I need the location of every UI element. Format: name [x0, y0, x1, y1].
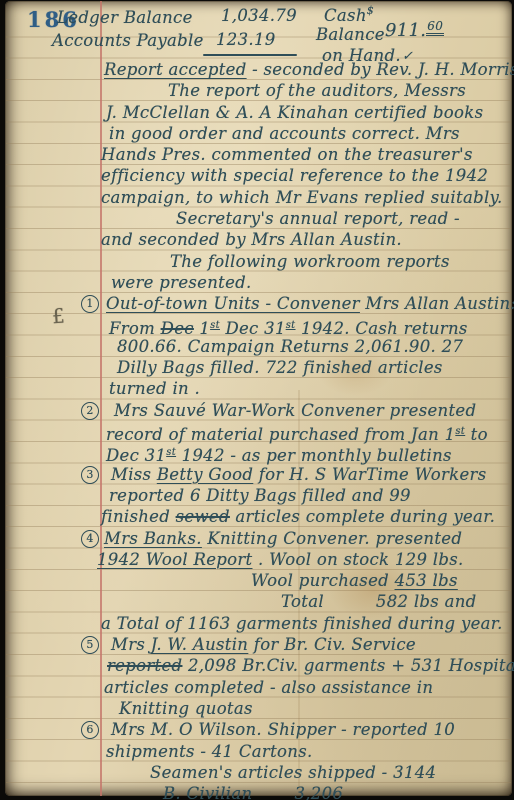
cash-word: Cash$ [324, 4, 374, 25]
manuscript-line: The following workroom reports [0, 251, 510, 272]
text-run: for H. S WarTime Workers [253, 465, 486, 484]
text-run: 582 lbs and [376, 592, 477, 611]
manuscript-line: 800.66. Campaign Returns 2,061.90. 27 [0, 336, 510, 357]
text-run: record of material purchased from Jan 1 [106, 425, 455, 444]
text-run: st [210, 320, 220, 331]
text-run: finished [101, 507, 176, 526]
text-run: Mrs Banks. [104, 529, 202, 548]
text-run: Dec 31 [106, 446, 166, 465]
manuscript-line: Seamen's articles shipped - 3144 [0, 762, 510, 783]
cash-cents: 60 [426, 19, 444, 36]
item-number-badge: 6 [81, 721, 99, 739]
cash-label: Cash [324, 6, 367, 25]
text-run: to [465, 425, 488, 444]
text-run: Miss [111, 465, 157, 484]
item-number-badge: 4 [81, 530, 99, 548]
manuscript-line: Report accepted - seconded by Rev. J. H.… [0, 59, 510, 80]
photo-frame: 186 Ledger Balance 1,034.79 Accounts Pay… [0, 0, 514, 800]
text-run: The report of the auditors, Messrs [168, 81, 466, 100]
cash-dollars: 911. [385, 20, 426, 41]
item-number-badge: 3 [81, 466, 99, 484]
text-run: From [109, 319, 161, 338]
manuscript-line: reported 2,098 Br.Civ. garments + 531 Ho… [0, 655, 510, 676]
manuscript-line: Hands Pres. commented on the treasurer's [0, 144, 510, 165]
manuscript-line: 1Out-of-town Units - Convener Mrs Allan … [0, 293, 510, 314]
text-run: J. McClellan & A. A Kinahan certified bo… [106, 103, 483, 122]
text-run: st [455, 426, 465, 437]
text-run: J. W. Austin [151, 635, 249, 654]
manuscript-line: B. Civilian3,206 [0, 783, 510, 800]
text-run: st [166, 447, 176, 458]
text-run: 2,098 Br.Civ. garments + 531 Hospital [182, 656, 514, 675]
text-run: Mrs [111, 635, 151, 654]
text-run: Wool purchased [251, 571, 395, 590]
text-run: The following workroom reports [170, 252, 450, 271]
text-run: were presented. [111, 273, 252, 292]
text-run: 1942. Cash returns [296, 319, 468, 338]
text-run: shipments - 41 Cartons. [106, 742, 313, 761]
manuscript-line: a Total of 1163 garments finished during… [0, 613, 510, 634]
text-run: Betty Good [157, 465, 253, 484]
text-run: Knitting Convener. presented [202, 529, 462, 548]
text-run: B. Civilian [163, 784, 252, 800]
manuscript-line: Secretary's annual report, read - [0, 208, 510, 229]
text-run: Mrs Allan Austin: [360, 294, 514, 313]
text-run: 1 [194, 319, 210, 338]
text-run: Dilly Bags filled. 722 finished articles [117, 358, 443, 377]
text-run: Knitting quotas [119, 699, 253, 718]
text-run: reported 6 Ditty Bags filled and 99 [109, 486, 411, 505]
manuscript-line: J. McClellan & A. A Kinahan certified bo… [0, 102, 510, 123]
dollar-sign: $ [367, 4, 374, 17]
text-run: Mrs M. O Wilson. Shipper - reported 10 [111, 720, 455, 739]
text-run: Out-of-town Units - Convener [106, 294, 360, 313]
ledger-balance-value: 1,034.79 [221, 6, 297, 25]
manuscript-line: 1942 Wool Report . Wool on stock 129 lbs… [0, 549, 510, 570]
manuscript-line: The report of the auditors, Messrs [0, 80, 510, 101]
manuscript-line: 5Mrs J. W. Austin for Br. Civ. Service [0, 634, 510, 655]
manuscript-line: 2Mrs Sauvé War-Work Convener presented [0, 400, 510, 421]
text-run: 1942 Wool Report [97, 550, 252, 569]
body-lines: Report accepted - seconded by Rev. J. H.… [0, 59, 510, 800]
text-run: articles complete during year. [230, 507, 495, 526]
item-number-badge: 2 [81, 402, 99, 420]
text-run: 800.66. Campaign Returns 2,061.90. 27 [117, 337, 463, 356]
text-run: Total [281, 592, 324, 611]
ledger-balance-label: Ledger Balance [57, 8, 193, 27]
text-run: Dec 31 [220, 319, 286, 338]
manuscript-line: and seconded by Mrs Allan Austin. [0, 229, 510, 250]
text-run: for Br. Civ. Service [248, 635, 416, 654]
manuscript-line: turned in . [0, 378, 510, 399]
text-run: . Wool on stock 129 lbs. [252, 550, 463, 569]
text-run: campaign, to which Mr Evans replied suit… [101, 188, 503, 207]
manuscript-line: Dilly Bags filled. 722 finished articles [0, 357, 510, 378]
balance-word: Balance [316, 25, 385, 44]
text-run: efficiency with special reference to the… [101, 166, 488, 185]
text-run: Secretary's annual report, read - [176, 209, 460, 228]
text-run: st [286, 320, 296, 331]
sum-rule [203, 54, 297, 56]
manuscript-line: finished sewed articles complete during … [0, 506, 510, 527]
text-run: turned in . [109, 379, 200, 398]
manuscript-line: 6Mrs M. O Wilson. Shipper - reported 10 [0, 719, 510, 740]
manuscript-line: Dec 31st 1942 - as per monthly bulletins [0, 442, 510, 463]
text-run: Report accepted [104, 60, 247, 79]
text-run: sewed [176, 507, 230, 526]
text-run: Mrs Sauvé War-Work Convener presented [114, 401, 476, 420]
manuscript-line: 4Mrs Banks. Knitting Convener. presented [0, 528, 510, 549]
text-run: - seconded by Rev. J. H. Morris. [247, 60, 514, 79]
item-number-badge: 5 [81, 636, 99, 654]
text-run: Hands Pres. commented on the treasurer's [101, 145, 473, 164]
manuscript-line: From Dec 1st Dec 31st 1942. Cash returns [0, 315, 510, 336]
text-run: Seamen's articles shipped - 3144 [150, 763, 436, 782]
text-run: articles completed - also assistance in [104, 678, 433, 697]
manuscript-line: in good order and accounts correct. Mrs [0, 123, 510, 144]
text-run: 3,206 [294, 784, 343, 800]
manuscript-line: shipments - 41 Cartons. [0, 741, 510, 762]
text-run: 1942 - as per monthly bulletins [176, 446, 452, 465]
manuscript-line: articles completed - also assistance in [0, 677, 510, 698]
text-run: 453 lbs [395, 571, 458, 590]
manuscript-line: Knitting quotas [0, 698, 510, 719]
accounts-payable-value: 123.19 [216, 30, 276, 49]
manuscript-line: reported 6 Ditty Bags filled and 99 [0, 485, 510, 506]
text-run: and seconded by Mrs Allan Austin. [101, 230, 402, 249]
manuscript-line: were presented. [0, 272, 510, 293]
text-run: in good order and accounts correct. Mrs [109, 124, 460, 143]
manuscript-line: Total582 lbs and [0, 591, 510, 612]
accounts-payable-label: Accounts Payable [52, 31, 204, 50]
text-run: Dec [161, 319, 194, 338]
item-number-badge: 1 [81, 295, 99, 313]
manuscript-line: Wool purchased 453 lbs [0, 570, 510, 591]
text-run: a Total of 1163 garments finished during… [101, 614, 503, 633]
manuscript-line: record of material purchased from Jan 1s… [0, 421, 510, 442]
text-run: reported [107, 656, 182, 675]
manuscript-line: efficiency with special reference to the… [0, 165, 510, 186]
cash-amount: 911.60 [385, 19, 444, 41]
manuscript-line: campaign, to which Mr Evans replied suit… [0, 187, 510, 208]
manuscript-line: 3Miss Betty Good for H. S WarTime Worker… [0, 464, 510, 485]
